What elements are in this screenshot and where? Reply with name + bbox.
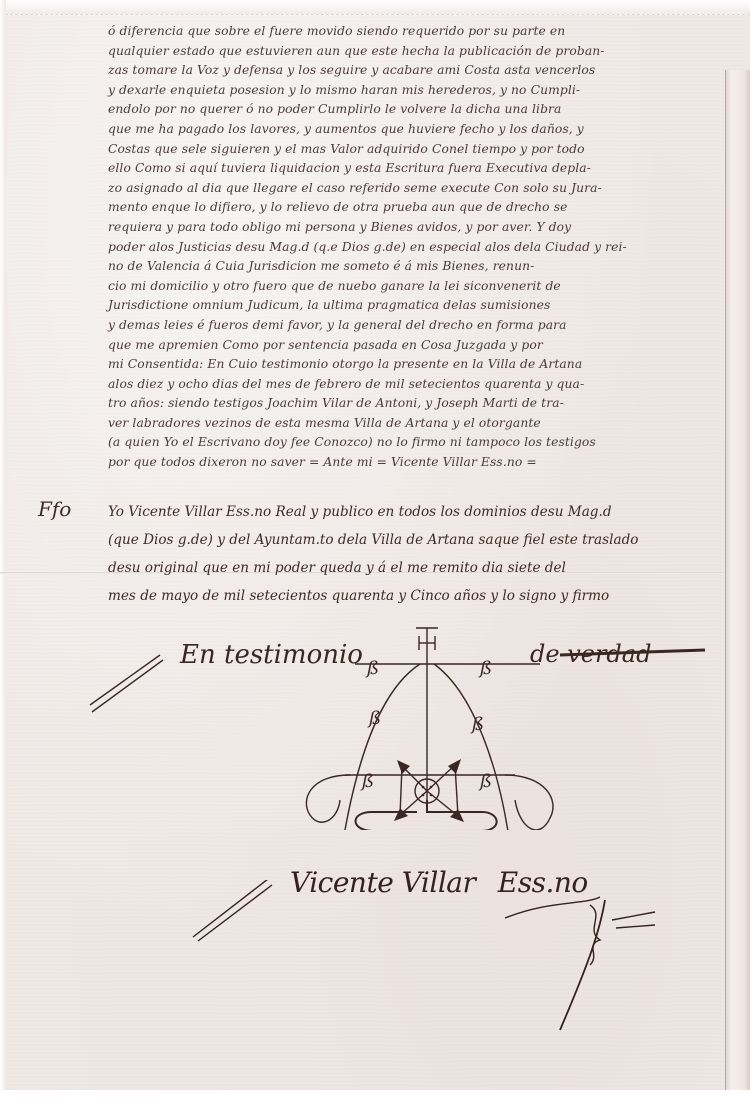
certification-line: Yo Vicente Villar Ess.no Real y publico … [108, 498, 708, 526]
deed-body-text: ó diferencia que sobre el fuere movido s… [108, 22, 708, 473]
text-line: ver labradores vezinos de esta mesma Vil… [108, 414, 708, 434]
text-line: mento enque lo difiero, y lo relievo de … [108, 198, 708, 218]
text-line: que me ha pagado los lavores, y aumentos… [108, 120, 708, 140]
signature-flourish-icon [0, 880, 750, 1060]
text-line: (a quien Yo el Escrivano doy fee Conozco… [108, 433, 708, 453]
text-line: no de Valencia á Cuia Jurisdicion me som… [108, 257, 708, 277]
seal-label-right: de verdad [530, 640, 651, 668]
torn-bottom-edge [0, 1090, 750, 1098]
text-line: ello Como si aquí tuviera liquidacion y … [108, 159, 708, 179]
svg-text:ß: ß [367, 708, 381, 729]
svg-text:ß: ß [470, 714, 484, 735]
text-line: Costas que sele siguieren y el mas Valor… [108, 140, 708, 160]
text-line: tro años: siendo testigos Joachim Vilar … [108, 394, 708, 414]
torn-top-edge [0, 0, 750, 15]
text-line: zo asignado al dia que llegare el caso r… [108, 179, 708, 199]
text-line: que me apremien Como por sentencia pasad… [108, 336, 708, 356]
certification-line: desu original que en mi poder queda y á … [108, 554, 708, 582]
text-line: alos diez y ocho dias del mes de febrero… [108, 375, 708, 395]
text-line: cio mi domicilio y otro fuero que de nue… [108, 277, 708, 297]
text-line: poder alos Justicias desu Mag.d (q.e Dio… [108, 238, 708, 258]
text-line: ó diferencia que sobre el fuere movido s… [108, 22, 708, 42]
text-line: Jurisdictione omnium Judicum, la ultima … [108, 296, 708, 316]
svg-text:ß: ß [360, 771, 374, 792]
text-line: por que todos dixeron no saver = Ante mi… [108, 453, 708, 473]
svg-text:ß: ß [365, 658, 379, 679]
certification-line: (que Dios g.de) y del Ayuntam.to dela Vi… [108, 526, 708, 554]
text-line: mi Consentida: En Cuio testimonio otorgo… [108, 355, 708, 375]
certification-text: Yo Vicente Villar Ess.no Real y publico … [108, 498, 708, 610]
seal-label-left: En testimonio [180, 640, 363, 670]
svg-text:ß: ß [478, 771, 492, 792]
margin-note: Ffo [38, 497, 71, 521]
text-line: requiera y para todo obligo mi persona y… [108, 218, 708, 238]
text-line: zas tomare la Voz y defensa y los seguir… [108, 61, 708, 81]
text-line: endolo por no querer ó no poder Cumplirl… [108, 100, 708, 120]
text-line: y dexarle enquieta posesion y lo mismo h… [108, 81, 708, 101]
manuscript-page: ó diferencia que sobre el fuere movido s… [0, 0, 750, 1098]
svg-text:ß: ß [478, 658, 492, 679]
text-line: y demas leies é fueros demi favor, y la … [108, 316, 708, 336]
text-line: qualquier estado que estuvieren aun que … [108, 42, 708, 62]
certification-line: mes de mayo de mil setecientos quarenta … [108, 582, 708, 610]
